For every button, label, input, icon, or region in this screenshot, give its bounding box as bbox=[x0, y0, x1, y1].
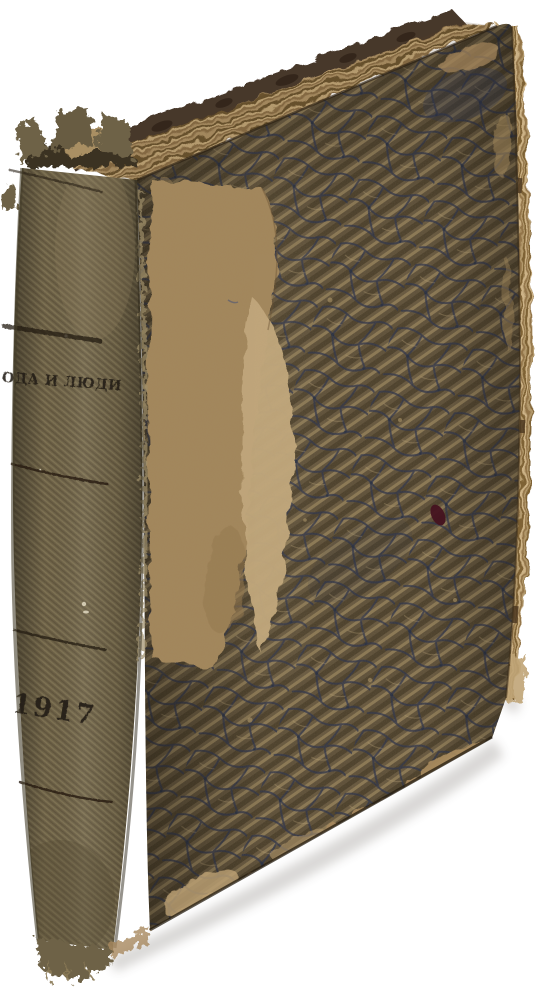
book-illustration: ОДА И ЛЮДИ 1917 bbox=[0, 0, 547, 1000]
book-photograph: ОДА И ЛЮДИ 1917 bbox=[0, 0, 547, 1000]
torn-patch bbox=[140, 170, 310, 680]
